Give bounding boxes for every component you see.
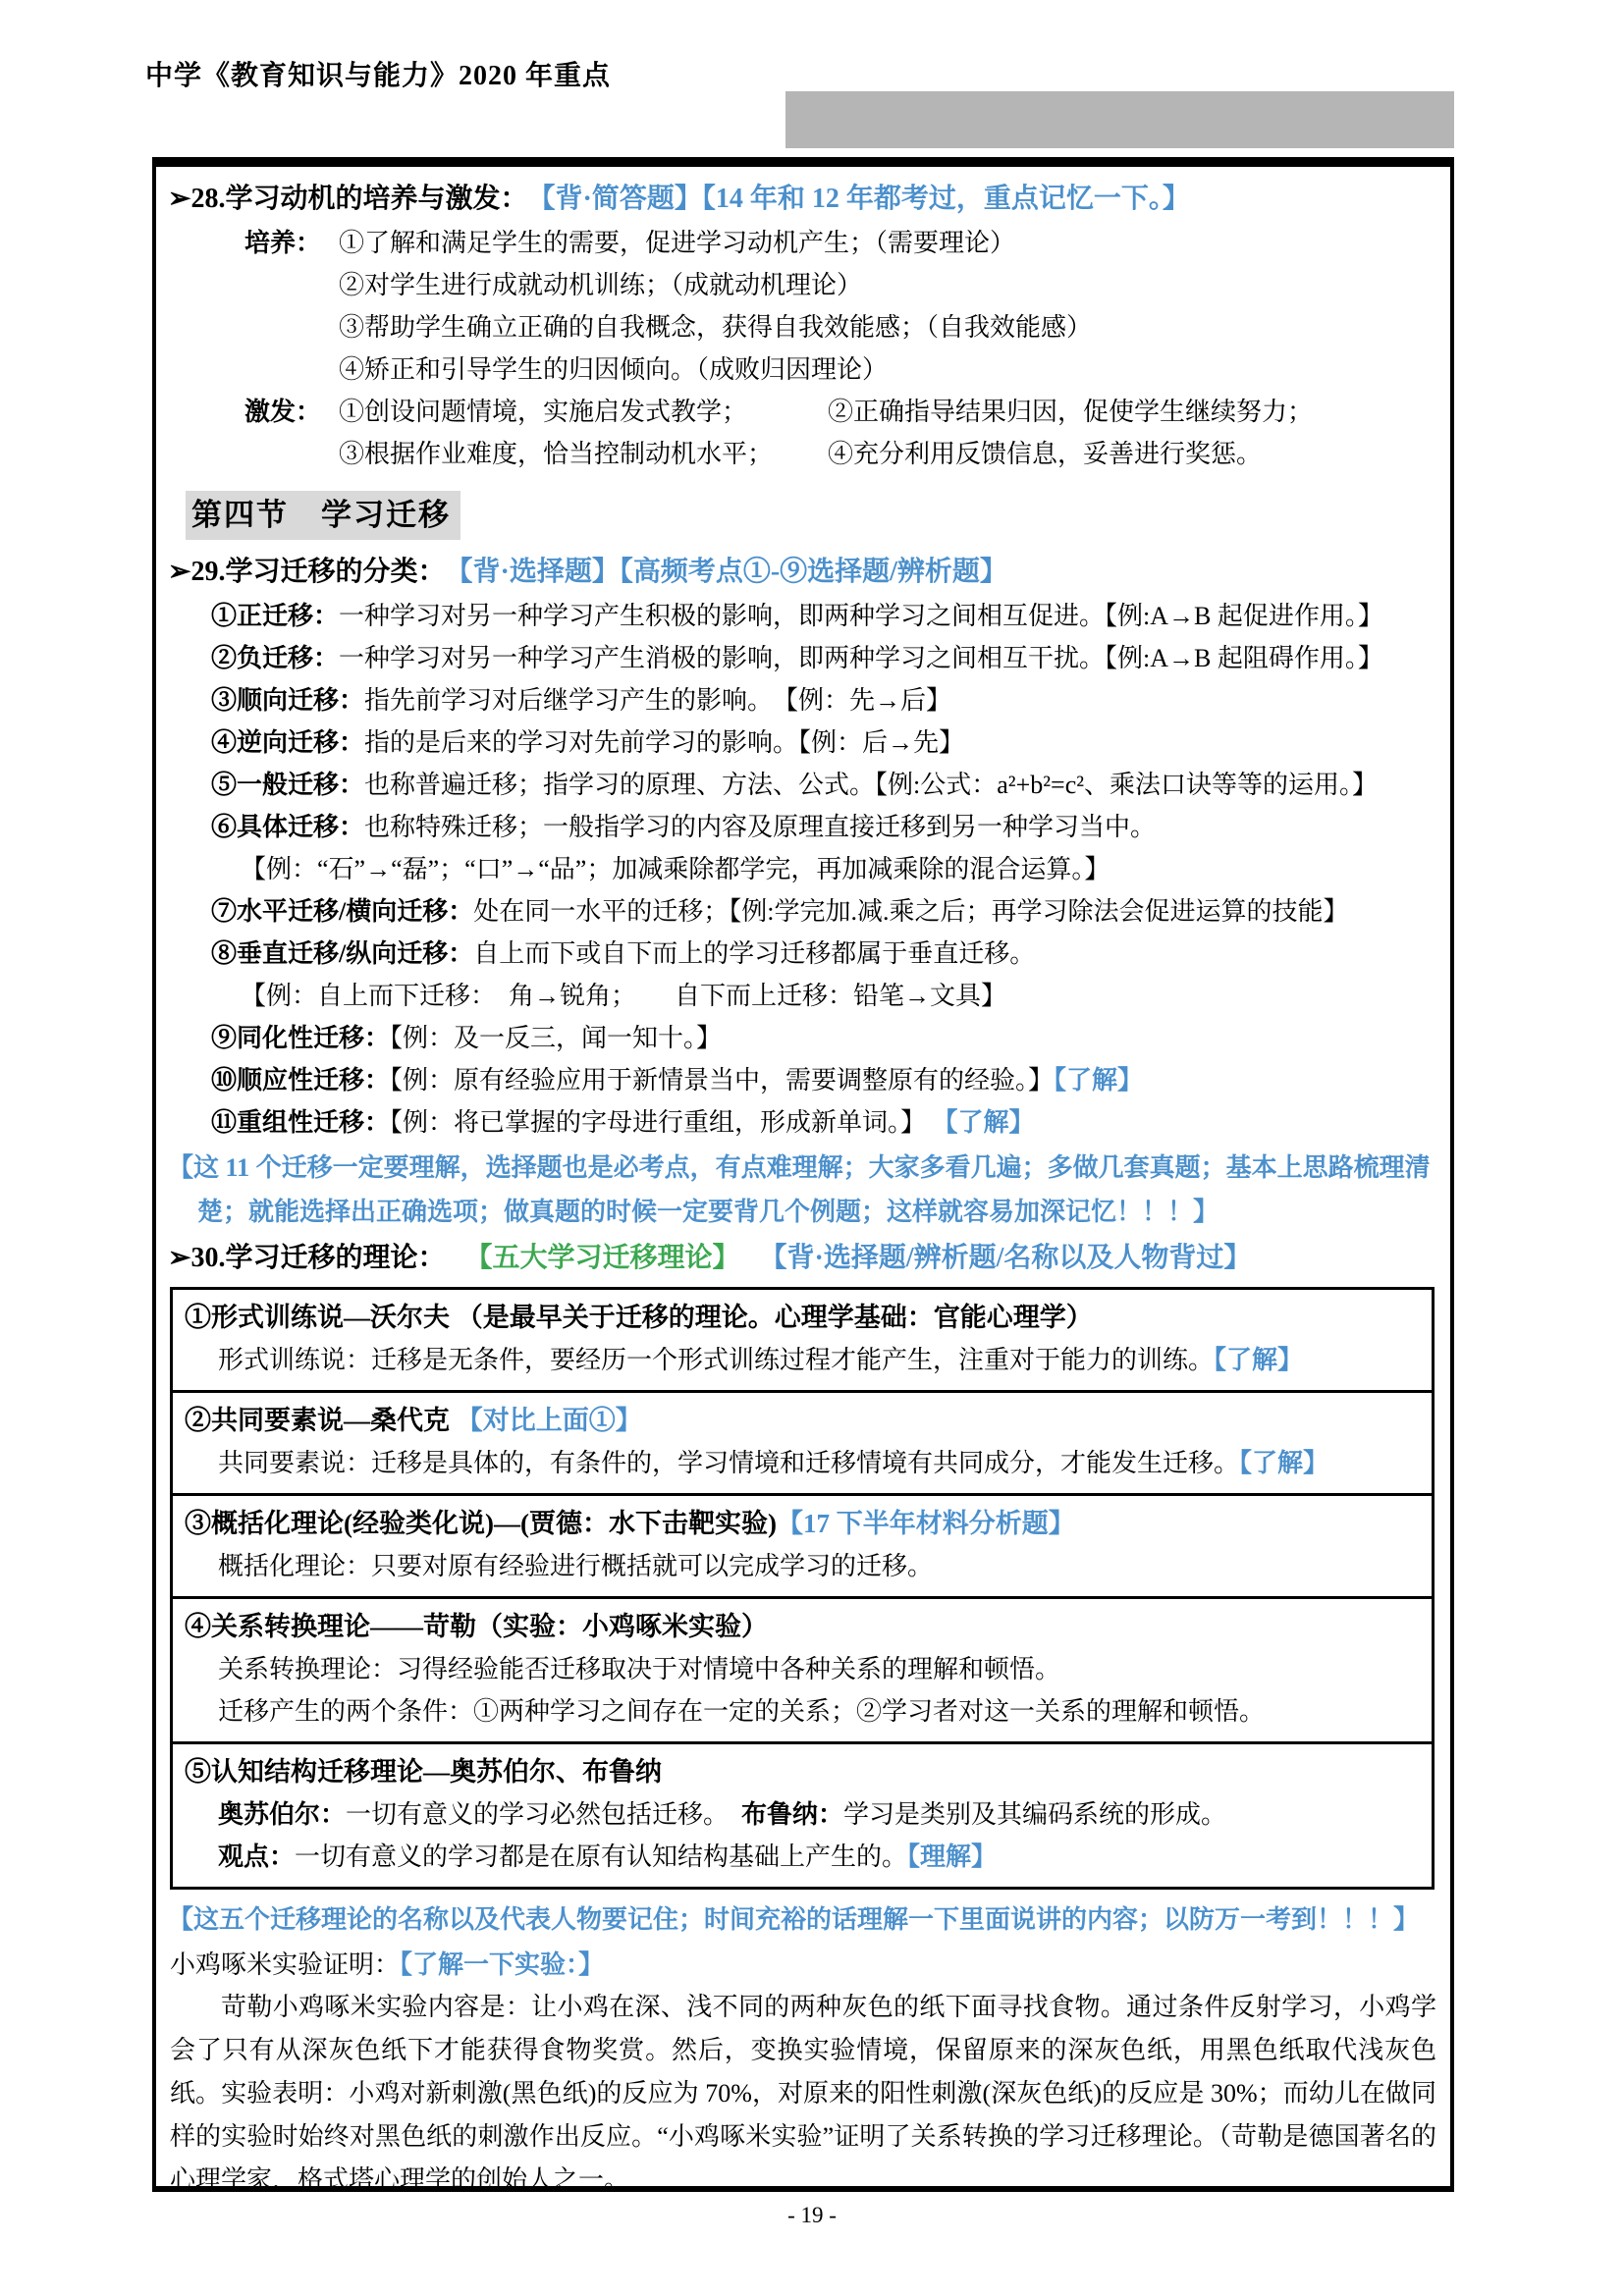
section-29-number: 29.	[190, 557, 225, 587]
theory-count-tag: 【五大学习迁移理论】	[478, 1243, 739, 1273]
transfer-item: ⑩顺应性迁移：【例：原有经验应用于新情景当中，需要调整原有的经验。】【了解】	[211, 1059, 1438, 1101]
list-item: ③根据作业难度，恰当控制动机水平；④充分利用反馈信息，妥善进行奖惩。	[339, 433, 1438, 475]
theory-title: ③概括化理论(经验类化说)—(贾德：水下击靶实验)【17 下半年材料分析题】	[185, 1503, 1424, 1545]
list-item: ④矫正和引导学生的归因倾向。（成败归因理论）	[339, 348, 1438, 391]
doc-title: 中学《教育知识与能力》2020 年重点	[145, 54, 611, 93]
transfer-item: ④逆向迁移：指的是后来的学习对先前学习的影响。【例：后→先】	[211, 721, 1438, 764]
cultivate-label: 培养：	[244, 222, 339, 391]
exam-type-tag: 【背·简答题】	[541, 184, 701, 214]
study-level-tag: 【了解一下实验：】	[400, 1950, 604, 1979]
study-level-tag: 【理解】	[907, 1842, 997, 1871]
theory-table: ①形式训练说—沃尔夫 （是最早关于迁移的理论。心理学基础：官能心理学） 形式训练…	[170, 1287, 1435, 1890]
section-title: 第四节 学习迁移	[186, 491, 460, 540]
theory-title: ④关系转换理论——苛勒（实验：小鸡啄米实验）	[185, 1606, 1424, 1648]
stimulate-block: 激发： ①创设问题情境，实施启发式教学；②正确指导结果归因，促使学生继续努力； …	[244, 391, 1438, 475]
theory-definition: 共同要素说：迁移是具体的，有条件的，学习情境和迁移情境有共同成分，才能发生迁移。…	[218, 1442, 1424, 1484]
section-29-title: 学习迁移的分类：	[225, 557, 445, 587]
theory-row: ③概括化理论(经验类化说)—(贾德：水下击靶实验)【17 下半年材料分析题】 概…	[173, 1496, 1432, 1599]
compare-tag: 【对比上面①】	[457, 1406, 642, 1435]
theory-definition: 奥苏伯尔：一切有意义的学习必然包括迁移。 布鲁纳：学习是类别及其编码系统的形成。	[218, 1793, 1424, 1836]
list-item: ①创设问题情境，实施启发式教学；②正确指导结果归因，促使学生继续努力；	[339, 391, 1438, 433]
experiment-paragraph: 苛勒小鸡啄米实验内容是：让小鸡在深、浅不同的两种灰色的纸下面寻找食物。通过条件反…	[170, 1986, 1436, 2192]
exam-history-tag: 【14 年和 12 年都考过，重点记忆一下。】	[702, 184, 1190, 214]
exam-type-tag: 【背·选择题】	[459, 557, 619, 587]
bullet-arrow-icon: ➢	[168, 184, 190, 214]
page-footer: - 19 -	[0, 2203, 1624, 2228]
theory-definition: 形式训练说：迁移是无条件，要经历一个形式训练过程才能产生，注重对于能力的训练。【…	[218, 1339, 1424, 1381]
experiment-lead-line: 小鸡啄米实验证明：【了解一下实验：】	[170, 1944, 1438, 1986]
section-28-title: 学习动机的培养与激发：	[225, 184, 527, 214]
study-level-tag: 【了解】	[1214, 1346, 1303, 1374]
theory-definition: 概括化理论：只要对原有经验进行概括就可以完成学习的迁移。	[218, 1545, 1424, 1587]
transfer-item: ⑨同化性迁移：【例：及一反三，闻一知十。】	[211, 1017, 1438, 1059]
section-30-title: 学习迁移的理论：	[225, 1243, 445, 1273]
transfer-item: ⑧垂直迁移/纵向迁移：自上而下或自下而上的学习迁移都属于垂直迁移。	[211, 933, 1438, 975]
theory-title: ⑤认知结构迁移理论—奥苏伯尔、布鲁纳	[185, 1751, 1424, 1793]
study-level-tag: 【了解】	[933, 1108, 1035, 1137]
example-line: 【例：自上而下迁移： 角→锐角； 自下而上迁移：铅笔→文具】	[241, 975, 1438, 1017]
list-item: ①了解和满足学生的需要，促进学习动机产生；（需要理论）	[339, 222, 1438, 264]
section-28-heading: ➢28.学习动机的培养与激发：【背·简答题】【14 年和 12 年都考过，重点记…	[168, 177, 1438, 222]
page-number: - 19 -	[787, 2203, 837, 2227]
content-box: ➢28.学习动机的培养与激发：【背·简答题】【14 年和 12 年都考过，重点记…	[152, 157, 1454, 2192]
header-gray-bar	[785, 91, 1454, 148]
list-item: ③帮助学生确立正确的自我概念，获得自我效能感；（自我效能感）	[339, 306, 1438, 348]
transfer-item: ⑪重组性迁移：【例：将已掌握的字母进行重组，形成新单词。】 【了解】	[211, 1101, 1438, 1144]
exam-frequency-tag: 【高频考点①-⑨选择题/辨析题】	[620, 557, 1007, 587]
section-30-heading: ➢30.学习迁移的理论：【五大学习迁移理论】【背·选择题/辨析题/名称以及人物背…	[168, 1236, 1438, 1281]
theory-viewpoint: 观点：一切有意义的学习都是在原有认知结构基础上产生的。【理解】	[218, 1836, 1424, 1878]
study-note: 【这五个迁移理论的名称以及代表人物要记住；时间充裕的话理解一下里面说讲的内容；以…	[168, 1897, 1438, 1942]
list-item: ②对学生进行成就动机训练；（成就动机理论）	[339, 264, 1438, 306]
transfer-item: ③顺向迁移：指先前学习对后继学习产生的影响。 【例：先→后】	[211, 679, 1438, 721]
exam-type-tag: 【背·选择题/辨析题/名称以及人物背过】	[774, 1243, 1252, 1273]
study-level-tag: 【了解】	[1239, 1449, 1328, 1477]
exam-history-tag: 【17 下半年材料分析题】	[777, 1509, 1075, 1538]
section-30-number: 30.	[190, 1243, 225, 1273]
theory-row: ⑤认知结构迁移理论—奥苏伯尔、布鲁纳 奥苏伯尔：一切有意义的学习必然包括迁移。 …	[173, 1744, 1432, 1887]
theory-row: ④关系转换理论——苛勒（实验：小鸡啄米实验） 关系转换理论：习得经验能否迁移取决…	[173, 1599, 1432, 1744]
theory-definition: 关系转换理论：习得经验能否迁移取决于对情境中各种关系的理解和顿悟。	[218, 1648, 1424, 1690]
stimulate-label: 激发：	[244, 391, 339, 475]
document-page: 中学《教育知识与能力》2020 年重点 ➢28.学习动机的培养与激发：【背·简答…	[0, 0, 1624, 2296]
study-level-tag: 【了解】	[1054, 1066, 1143, 1095]
transfer-item: ⑦水平迁移/横向迁移：处在同一水平的迁移；【例:学完加.减.乘之后；再学习除法会…	[211, 890, 1438, 933]
transfer-item: ①正迁移：一种学习对另一种学习产生积极的影响，即两种学习之间相互促进。【例:A→…	[211, 595, 1438, 637]
theory-title: ①形式训练说—沃尔夫 （是最早关于迁移的理论。心理学基础：官能心理学）	[185, 1297, 1424, 1339]
theory-condition: 迁移产生的两个条件：①两种学习之间存在一定的关系；②学习者对这一关系的理解和顿悟…	[218, 1690, 1424, 1733]
theory-row: ①形式训练说—沃尔夫 （是最早关于迁移的理论。心理学基础：官能心理学） 形式训练…	[173, 1290, 1432, 1393]
cultivate-block: 培养： ①了解和满足学生的需要，促进学习动机产生；（需要理论） ②对学生进行成就…	[244, 222, 1438, 391]
theory-row: ②共同要素说—桑代克 【对比上面①】 共同要素说：迁移是具体的，有条件的，学习情…	[173, 1393, 1432, 1496]
transfer-item: ⑤一般迁移：也称普遍迁移；指学习的原理、方法、公式。【例:公式：a²+b²=c²…	[211, 764, 1438, 806]
theory-title: ②共同要素说—桑代克 【对比上面①】	[185, 1400, 1424, 1442]
transfer-item: ②负迁移：一种学习对另一种学习产生消极的影响，即两种学习之间相互干扰。【例:A→…	[211, 637, 1438, 679]
bullet-arrow-icon: ➢	[168, 557, 190, 587]
section-29-heading: ➢29.学习迁移的分类：【背·选择题】【高频考点①-⑨选择题/辨析题】	[168, 550, 1438, 595]
bullet-arrow-icon: ➢	[168, 1243, 190, 1273]
transfer-item: ⑥具体迁移：也称特殊迁移；一般指学习的内容及原理直接迁移到另一种学习当中。	[211, 806, 1438, 848]
study-note: 【这 11 个迁移一定要理解，选择题也是必考点，有点难理解；大家多看几遍；多做几…	[168, 1146, 1438, 1234]
example-line: 【例：“石”→“磊”；“口”→“品”；加减乘除都学完，再加减乘除的混合运算。】	[241, 848, 1438, 890]
section-title-row: 第四节 学习迁移	[186, 491, 1438, 542]
section-28-number: 28.	[190, 184, 225, 214]
